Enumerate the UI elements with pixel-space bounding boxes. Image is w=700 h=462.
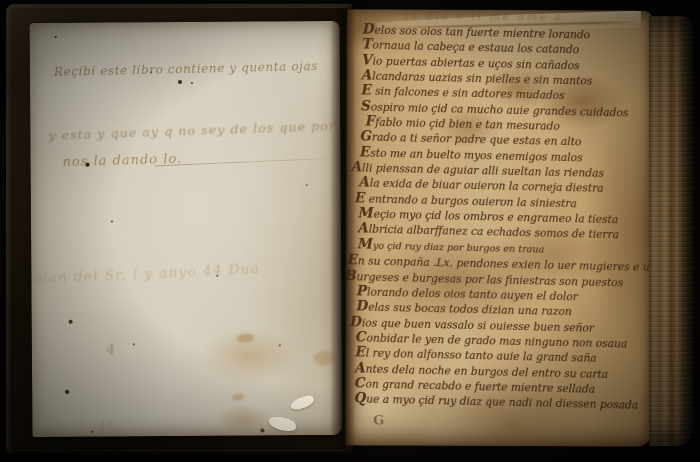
flyleaf-note-middle-line1: y esta y que ay q no sey de los que por bbox=[48, 118, 336, 143]
right-manuscript-page: la dia e il me ame a Delos sos oios tan … bbox=[345, 9, 653, 446]
stain-smudge bbox=[232, 394, 244, 401]
manuscript-text-block: Delos sos oios tan fuerte mientre lorand… bbox=[354, 22, 653, 413]
manuscript-photo: Reçibi este libro contiene y quenta ojas… bbox=[0, 0, 700, 462]
flyleaf-note-lower: olan del Sr. l y anyo 44 Dua bbox=[33, 261, 261, 287]
page-edge-stack bbox=[649, 16, 694, 446]
book-gutter-shadow bbox=[330, 8, 356, 450]
foliation-numeral: 4 bbox=[105, 340, 116, 359]
quire-signature-mark: G bbox=[373, 413, 385, 428]
flyleaf-note-middle-line2: nos la dando lo. bbox=[62, 152, 182, 170]
left-parchment-page: Reçibi este libro contiene y quenta ojas… bbox=[30, 21, 343, 437]
faded-header-annotation: la dia e il me ame a bbox=[405, 9, 564, 23]
parchment-tear bbox=[289, 394, 315, 411]
ink-specks bbox=[55, 36, 57, 38]
foliation-numeral-b: 43 bbox=[98, 418, 114, 433]
flyleaf-note-top: Reçibi este libro contiene y quenta ojas bbox=[54, 59, 318, 79]
stain-smudge bbox=[237, 334, 254, 343]
parchment-tear bbox=[268, 416, 297, 433]
